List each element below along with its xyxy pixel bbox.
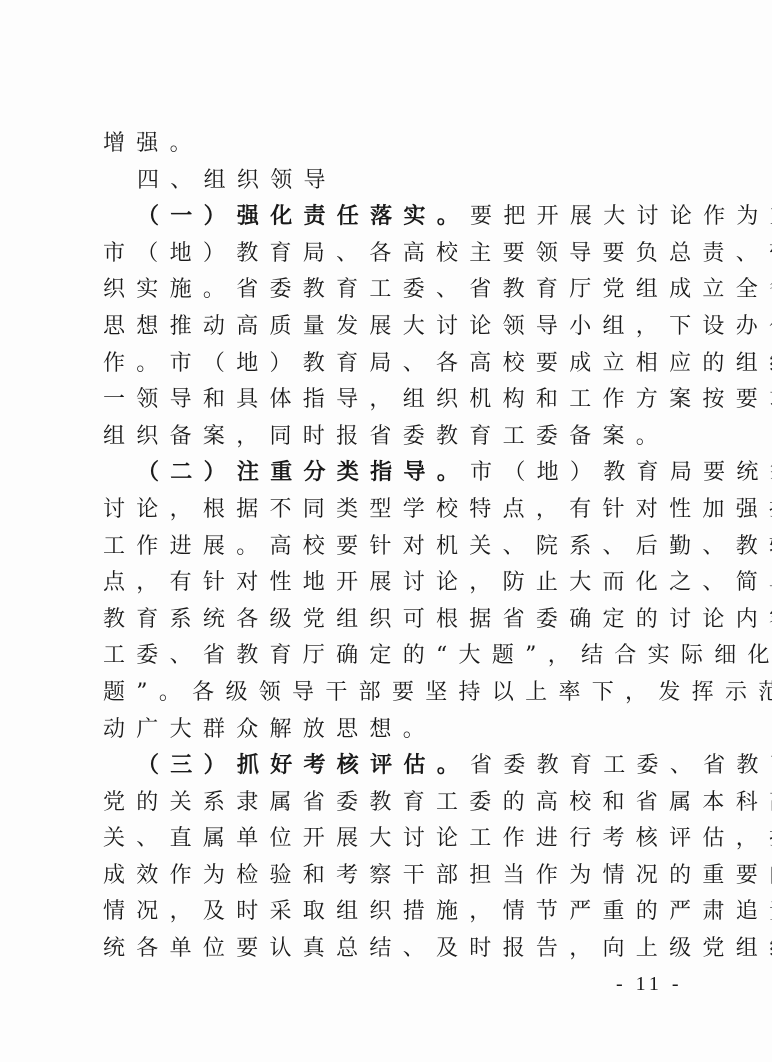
page-number: - 11 - (616, 973, 683, 996)
document-page: 增强。 四、组织领导 （一）强化责任落实。要把开展大讨论作为重要政治任务， 市（… (0, 0, 772, 1062)
text-line: 点，有针对性地开展讨论，防止大而化之、简单套用一个模式。 (103, 565, 683, 602)
text-line: （二）注重分类指导。市（地）教育局要统筹中小学校大 (103, 455, 683, 492)
text-line: 市（地）教育局、各高校主要领导要负总责、带头抓，精心组 (103, 236, 683, 273)
text-line: 教育系统各级党组织可根据省委确定的讨论内容和省委教育 (103, 602, 683, 639)
text-line: 织实施。省委教育工委、省教育厅党组成立全省教育系统解放 (103, 272, 683, 309)
text-line: 题”。各级领导干部要坚持以上率下，发挥示范引领作用，带 (103, 675, 683, 712)
subheading: （二）注重分类指导。 (137, 460, 470, 485)
text-line: （一）强化责任落实。要把开展大讨论作为重要政治任务， (103, 199, 683, 236)
section-heading: 四、组织领导 (103, 163, 683, 200)
text-line: （三）抓好考核评估。省委教育工委、省教育厅党组将对 (103, 748, 683, 785)
text-line: 党的关系隶属省委教育工委的高校和省属本科高校以及厅机 (103, 785, 683, 822)
text-line: 一领导和具体指导，组织机构和工作方案按要求及时报上级党 (103, 382, 683, 419)
text-line: 情况，及时采取组织措施，情节严重的严肃追责问责。教育系 (103, 894, 683, 931)
text-line: 思想推动高质量发展大讨论领导小组，下设办公室负责日常工 (103, 309, 683, 346)
subheading: （三）抓好考核评估。 (137, 753, 470, 778)
text-line: 增强。 (103, 126, 683, 163)
document-body: 增强。 四、组织领导 （一）强化责任落实。要把开展大讨论作为重要政治任务， 市（… (103, 126, 683, 968)
text-line: 作。市（地）教育局、各高校要成立相应的组织机构，加强统 (103, 346, 683, 383)
text-line: 成效作为检验和考察干部担当作为情况的重要内容。根据考核 (103, 858, 683, 895)
text-line: 统各单位要认真总结、及时报告，向上级党组织报告年度工作 (103, 931, 683, 968)
text-line: 工作进展。高校要针对机关、院系、后勤、教辅等不同单位特 (103, 529, 683, 566)
text-line: 动广大群众解放思想。 (103, 712, 683, 749)
text-line: 关、直属单位开展大讨论工作进行考核评估，把大讨论取得的 (103, 821, 683, 858)
text-line: 工委、省教育厅确定的“大题”，结合实际细化提出各自的“小 (103, 638, 683, 675)
text-line: 讨论，根据不同类型学校特点，有针对性加强指导，及时掌握 (103, 492, 683, 529)
text-line: 组织备案，同时报省委教育工委备案。 (103, 419, 683, 456)
subheading: （一）强化责任落实。 (137, 204, 470, 229)
